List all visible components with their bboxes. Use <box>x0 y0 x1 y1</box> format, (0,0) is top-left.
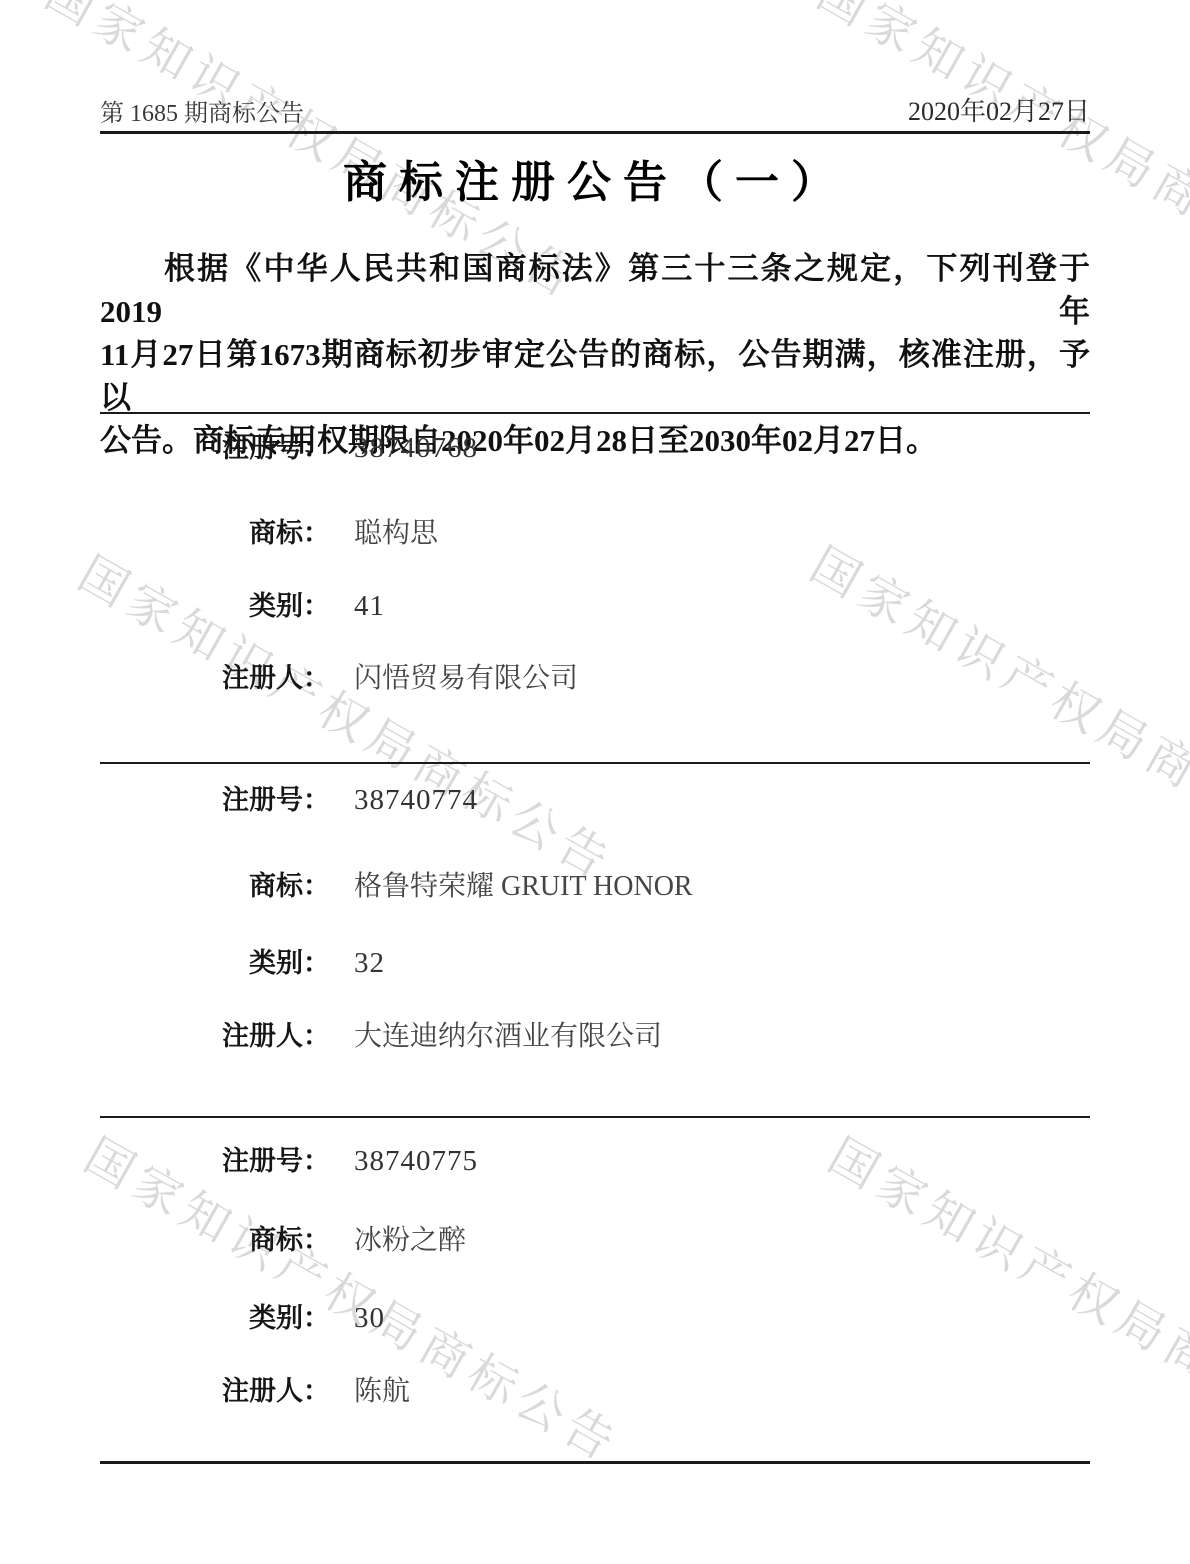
entry-row-class: 类别： 32 <box>100 941 1090 980</box>
field-label-trademark: 商标： <box>100 1218 330 1257</box>
field-value-class: 41 <box>354 590 385 623</box>
field-label-trademark: 商标： <box>100 511 330 550</box>
page-bottom-rule <box>100 1461 1090 1464</box>
field-label-reg-no: 注册号： <box>100 426 330 465</box>
field-label-registrant: 注册人： <box>100 656 330 695</box>
intro-line: 11月27日第1673期商标初步审定公告的商标，公告期满，核准注册，予以 <box>100 333 1090 419</box>
entry-row-trademark: 商标： 冰粉之醉 <box>100 1218 1090 1258</box>
entry-row-reg-no: 注册号： 38740775 <box>100 1139 1090 1178</box>
entry-row-class: 类别： 41 <box>100 584 1090 623</box>
field-label-registrant: 注册人： <box>100 1369 330 1408</box>
entry-separator <box>100 412 1090 414</box>
entry-row-registrant: 注册人： 大连迪纳尔酒业有限公司 <box>100 1014 1090 1054</box>
gazette-page: 国家知识产权局商标公告 国家知识产权局商标公告 国家知识产权局商标公告 国家知识… <box>0 0 1190 1564</box>
entry-separator <box>100 762 1090 764</box>
field-label-class: 类别： <box>100 941 330 980</box>
field-label-reg-no: 注册号： <box>100 1139 330 1178</box>
entry-row-class: 类别： 30 <box>100 1296 1090 1335</box>
entry-row-reg-no: 注册号： 38740768 <box>100 426 1090 465</box>
field-value-reg-no: 38740774 <box>354 784 478 817</box>
entry-row-trademark: 商标： 格鲁特荣耀 GRUIT HONOR <box>100 864 1090 904</box>
header-date: 2020年02月27日 <box>908 91 1090 128</box>
entry-row-registrant: 注册人： 闪悟贸易有限公司 <box>100 656 1090 696</box>
field-label-class: 类别： <box>100 584 330 623</box>
entry-separator <box>100 1116 1090 1118</box>
field-label-trademark: 商标： <box>100 864 330 903</box>
field-value-trademark: 格鲁特荣耀 GRUIT HONOR <box>354 864 693 904</box>
field-value-trademark: 聪构思 <box>354 511 438 551</box>
field-value-registrant: 大连迪纳尔酒业有限公司 <box>354 1014 662 1054</box>
field-value-registrant: 闪悟贸易有限公司 <box>354 656 578 696</box>
field-value-trademark: 冰粉之醉 <box>354 1218 466 1258</box>
field-value-reg-no: 38740768 <box>354 432 478 465</box>
field-label-reg-no: 注册号： <box>100 778 330 817</box>
entry-row-trademark: 商标： 聪构思 <box>100 511 1090 551</box>
entry-row-reg-no: 注册号： 38740774 <box>100 778 1090 817</box>
header-rule <box>100 131 1090 134</box>
field-value-registrant: 陈航 <box>354 1369 410 1409</box>
intro-line: 根据《中华人民共和国商标法》第三十三条之规定，下列刊登于2019年 <box>100 247 1090 333</box>
header-issue-number: 第 1685 期商标公告 <box>100 93 304 128</box>
field-label-registrant: 注册人： <box>100 1014 330 1053</box>
watermark-text: 国家知识产权局商标公告 <box>800 527 1190 885</box>
field-value-reg-no: 38740775 <box>354 1145 478 1178</box>
field-label-class: 类别： <box>100 1296 330 1335</box>
entry-row-registrant: 注册人： 陈航 <box>100 1369 1090 1409</box>
field-value-class: 32 <box>354 947 385 980</box>
page-title: 商标注册公告（一） <box>0 146 1190 210</box>
field-value-class: 30 <box>354 1302 385 1335</box>
